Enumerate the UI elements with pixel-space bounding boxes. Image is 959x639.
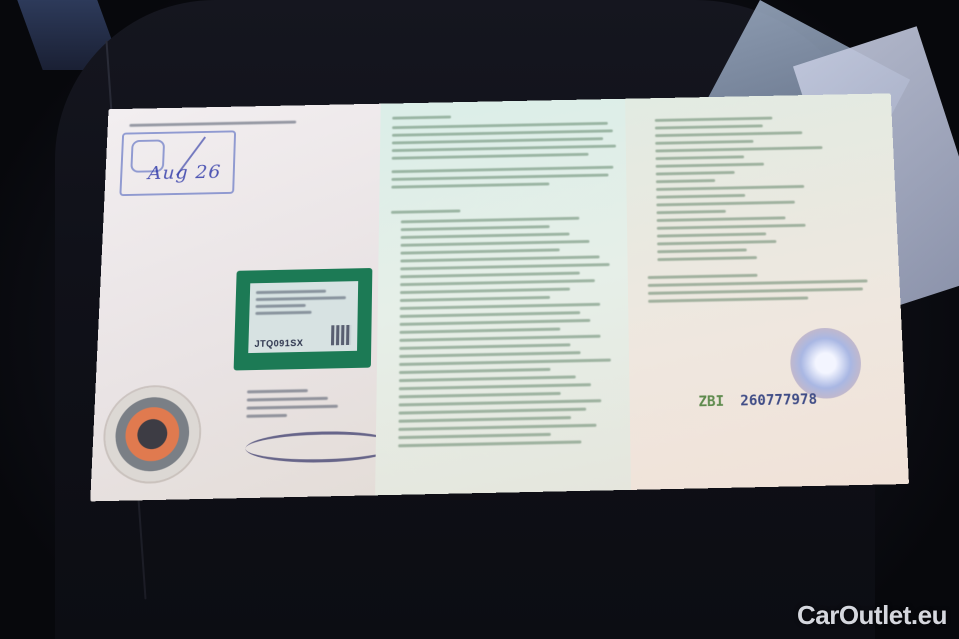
official-seal-icon [103, 386, 200, 482]
stamp-date: Aug 26 [148, 161, 222, 184]
inspection-sticker: JTQ091SX [234, 268, 373, 370]
qr-code-icon [331, 325, 351, 345]
serial-prefix: ZBI [698, 394, 724, 411]
photo-scene: Aug 26 JTQ091SX [0, 0, 959, 639]
registration-stamp: Aug 26 [119, 130, 236, 196]
watermark-logo: CarOutlet.eu [797, 600, 947, 631]
document-panel-left: Aug 26 JTQ091SX [90, 104, 380, 502]
document-panel-middle [375, 99, 631, 496]
document-panel-right [625, 93, 909, 490]
serial-number: 260777978 [740, 392, 817, 410]
document-serial: ZBI260777978 [698, 392, 817, 411]
sticker-code: JTQ091SX [254, 338, 303, 349]
registration-document: Aug 26 JTQ091SX [90, 93, 909, 501]
